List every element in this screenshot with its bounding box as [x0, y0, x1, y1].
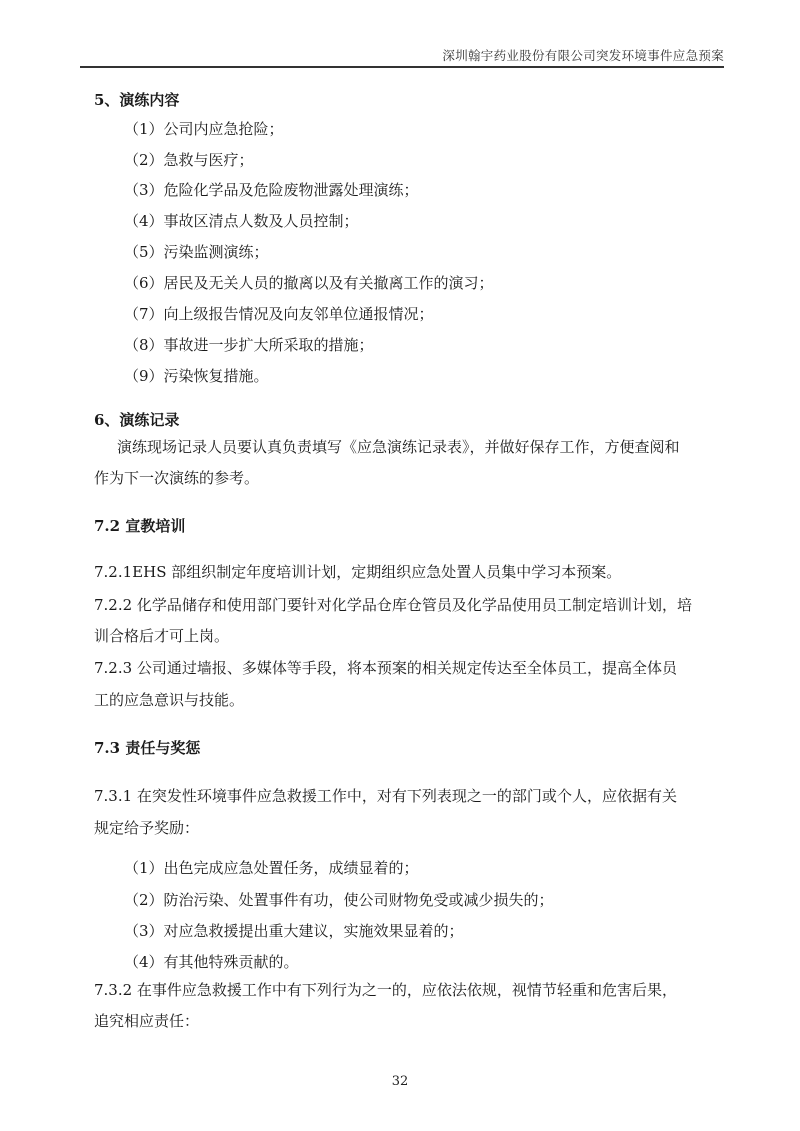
list-item: （2）防治污染、处置事件有功，使公司财物免受或减少损失的； [124, 890, 554, 910]
list-item: （1）公司内应急抢险； [124, 119, 284, 139]
list-item: （8）事故进一步扩大所采取的措施； [124, 335, 374, 355]
paragraph-7-3-2-line: 追究相应责任： [94, 1011, 199, 1031]
list-item: （9）污染恢复措施。 [124, 366, 269, 386]
list-item: （1）出色完成应急处置任务，成绩显着的； [124, 858, 419, 878]
list-item: （6）居民及无关人员的撤离以及有关撤离工作的演习； [124, 273, 494, 293]
list-item: （3）对应急救援提出重大建议，实施效果显着的； [124, 921, 464, 941]
paragraph-7-3-1-line: 规定给予奖励： [94, 818, 199, 838]
list-item: （4）有其他特殊贡献的。 [124, 952, 299, 972]
document-title: 深圳翰宇药业股份有限公司突发环境事件应急预案 [442, 46, 724, 64]
paragraph-7-3-1-line: 7.3.1 在突发性环境事件应急救援工作中，对有下列表现之一的部门或个人，应依据… [94, 786, 677, 806]
list-item: （4）事故区清点人数及人员控制； [124, 211, 359, 231]
section-heading-drill-record: 6、演练记录 [94, 410, 179, 430]
list-item: （3）危险化学品及危险废物泄露处理演练； [124, 180, 419, 200]
paragraph-7-2-3-line: 工的应急意识与技能。 [94, 690, 244, 710]
section-heading-drill-content: 5、演练内容 [94, 90, 179, 110]
paragraph-7-3-2-line: 7.3.2 在事件应急救援工作中有下列行为之一的，应依法依规，视情节轻重和危害后… [94, 980, 677, 1000]
paragraph-7-2-2-line: 7.2.2 化学品储存和使用部门要针对化学品仓库仓管员及化学品使用员工制定培训计… [94, 595, 692, 615]
paragraph-line: 作为下一次演练的参考。 [94, 468, 259, 488]
page-header: 深圳翰宇药业股份有限公司突发环境事件应急预案 [80, 44, 724, 68]
paragraph-7-2-1: 7.2.1EHS 部组织制定年度培训计划，定期组织应急处置人员集中学习本预案。 [94, 562, 621, 582]
list-item: （5）污染监测演练； [124, 242, 269, 262]
list-item: （2）急救与医疗； [124, 150, 254, 170]
section-heading-responsibility: 7.3 责任与奖惩 [94, 738, 200, 758]
section-heading-training: 7.2 宣教培训 [94, 516, 185, 536]
paragraph-line: 演练现场记录人员要认真负责填写《应急演练记录表》，并做好保存工作，方便查阅和 [117, 437, 680, 457]
list-item: （7）向上级报告情况及向友邻单位通报情况； [124, 304, 434, 324]
page-number: 32 [0, 1074, 800, 1089]
paragraph-7-2-3-line: 7.2.3 公司通过墙报、多媒体等手段，将本预案的相关规定传达至全体员工，提高全… [94, 658, 677, 678]
paragraph-7-2-2-line: 训合格后才可上岗。 [94, 626, 229, 646]
